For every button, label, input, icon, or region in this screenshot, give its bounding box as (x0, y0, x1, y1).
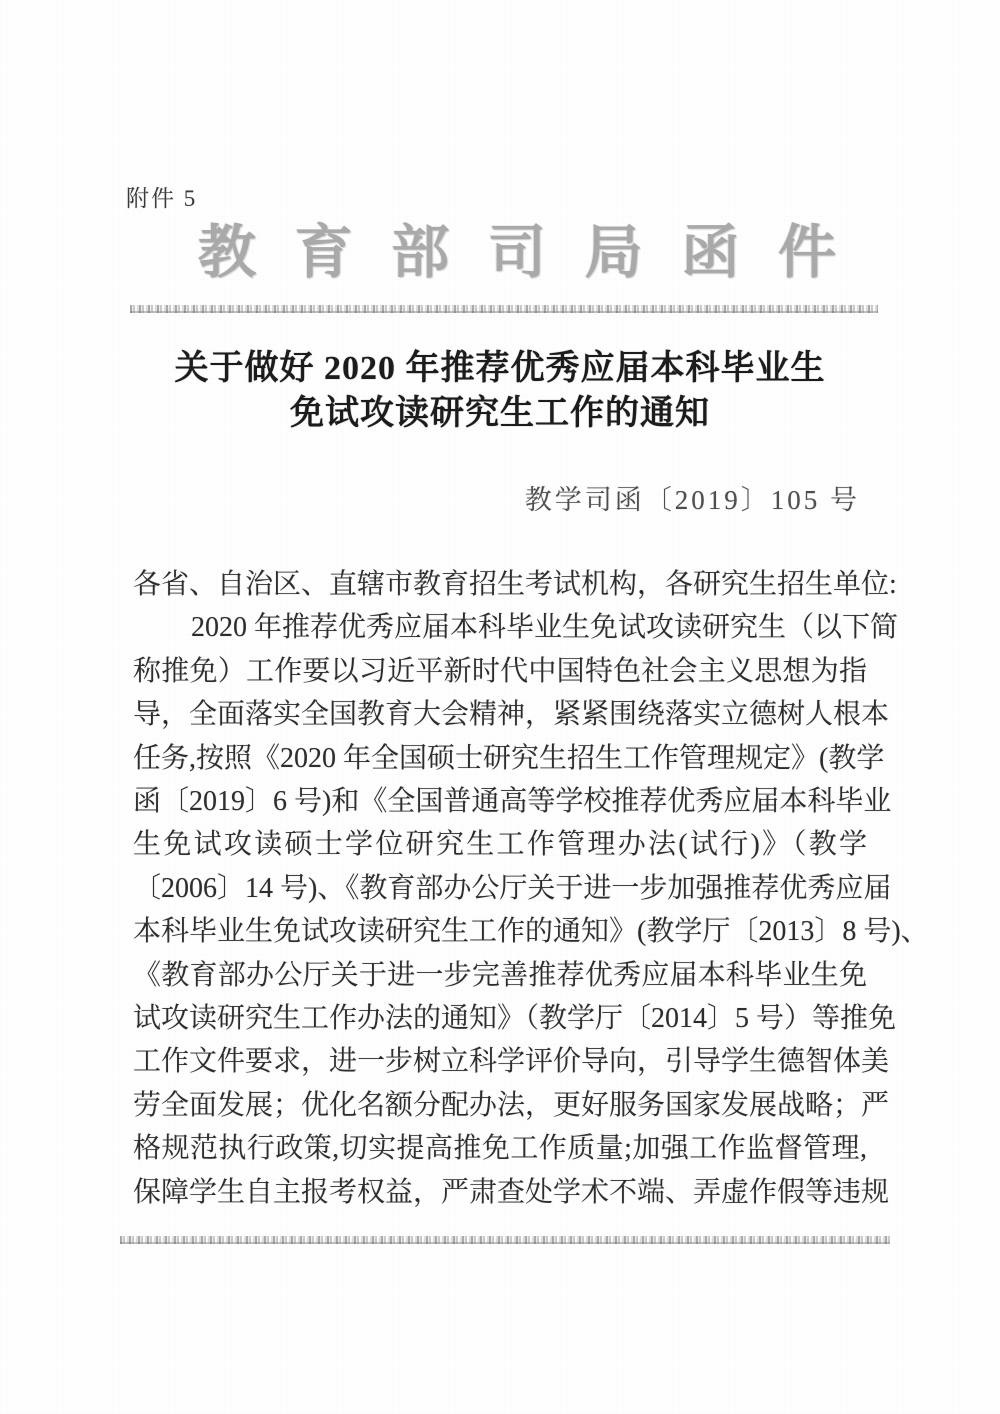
body-line: 〔2006〕14 号)、《教育部办公厅关于进一步加强推荐优秀应届 (133, 867, 867, 910)
body-line: 生免试攻读硕士学位研究生工作管理办法(试行)》（教学 (133, 823, 867, 866)
body-line: 称推免）工作要以习近平新时代中国特色社会主义思想为指 (133, 650, 867, 693)
document-body: 各省、自治区、直辖市教育招生考试机构，各研究生招生单位: 2020 年推荐优秀应… (133, 563, 867, 1214)
body-line: 格规范执行政策,切实提高推免工作质量;加强工作监督管理, (133, 1127, 867, 1170)
body-line: 任务,按照《2020 年全国硕士研究生招生工作管理规定》(教学 (133, 737, 867, 780)
body-line: 函〔2019〕6 号)和《全国普通高等学校推荐优秀应届本科毕业 (133, 780, 867, 823)
body-line: 《教育部办公厅关于进一步完善推荐优秀应届本科毕业生免 (133, 954, 867, 997)
body-line: 导，全面落实全国教育大会精神，紧紧围绕落实立德树人根本 (133, 693, 867, 736)
letterhead-divider-line (130, 305, 878, 313)
body-line: 工作文件要求，进一步树立科学评价导向，引导学生德智体美 (133, 1040, 867, 1083)
attachment-label: 附件 5 (126, 186, 197, 212)
page-bottom-scan-line (120, 1236, 890, 1244)
document-title: 关于做好 2020 年推荐优秀应届本科毕业生 免试攻读研究生工作的通知 (0, 346, 1000, 436)
scanned-document-page: 附件 5 教育部司局函件 关于做好 2020 年推荐优秀应届本科毕业生 免试攻读… (0, 0, 1000, 1414)
letterhead-title: 教育部司局函件 (198, 221, 836, 285)
body-line: 本科毕业生免试攻读研究生工作的通知》(教学厅〔2013〕8 号)、 (133, 910, 867, 953)
document-title-line2: 免试攻读研究生工作的通知 (0, 391, 1000, 436)
body-line: 劳全面发展；优化名额分配办法，更好服务国家发展战略；严 (133, 1084, 867, 1127)
body-line: 试攻读研究生工作办法的通知》（教学厅〔2014〕5 号）等推免 (133, 997, 867, 1040)
document-title-line1: 关于做好 2020 年推荐优秀应届本科毕业生 (0, 346, 1000, 391)
salutation-line: 各省、自治区、直辖市教育招生考试机构，各研究生招生单位: (133, 563, 867, 606)
document-number: 教学司函〔2019〕105 号 (525, 485, 860, 515)
body-line: 保障学生自主报考权益，严肃查处学术不端、弄虚作假等违规 (133, 1171, 867, 1214)
body-line: 2020 年推荐优秀应届本科毕业生免试攻读研究生（以下简 (133, 606, 867, 649)
